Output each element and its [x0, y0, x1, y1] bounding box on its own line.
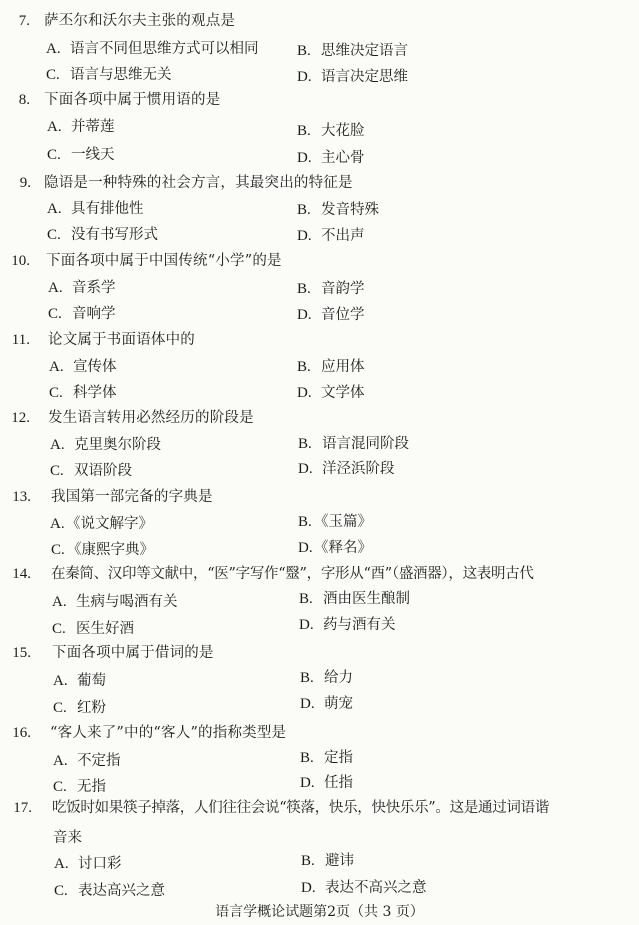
option-letter: A.	[50, 513, 66, 535]
option-text: 音韵学	[321, 278, 365, 300]
option-text: 克里奥尔阶段	[74, 434, 161, 456]
option-text: 《玉篇》	[314, 511, 372, 533]
option-c[interactable]: C.音响学	[48, 303, 116, 325]
option-a[interactable]: A.克里奥尔阶段	[50, 434, 161, 456]
option-a[interactable]: A.不定指	[53, 750, 121, 772]
option-text: 语言决定思维	[321, 66, 408, 88]
option-a[interactable]: A.生病与喝酒有关	[52, 591, 178, 613]
option-c[interactable]: C.科学体	[49, 382, 117, 404]
option-text: 生病与喝酒有关	[76, 591, 178, 613]
option-c[interactable]: C.无指	[53, 776, 106, 798]
option-letter: C.	[47, 224, 71, 246]
option-text: 《康熙字典》	[67, 539, 154, 561]
option-text: 无指	[77, 776, 106, 798]
option-d[interactable]: D.音位学	[297, 304, 365, 326]
option-text: 一线天	[71, 144, 115, 166]
option-text: 双语阶段	[74, 460, 132, 482]
option-c[interactable]: C.《康熙字典》	[51, 539, 154, 561]
option-letter: A.	[47, 198, 71, 220]
option-b[interactable]: B.酒由医生酿制	[299, 588, 410, 610]
question-number: 8.	[0, 89, 30, 111]
option-d[interactable]: D.表达不高兴之意	[301, 877, 427, 899]
option-letter: C.	[46, 64, 70, 86]
option-letter: A.	[49, 356, 73, 378]
question-text: 在秦简、汉印等文献中，“医”字写作“毉”，字形从“酉”（盛酒器），这表明古代	[51, 563, 534, 585]
option-c[interactable]: C.双语阶段	[50, 460, 132, 482]
option-text: 讨口彩	[78, 853, 122, 875]
option-text: 没有书写形式	[71, 224, 158, 246]
option-a[interactable]: A.葡萄	[53, 670, 106, 692]
question-number: 16.	[0, 722, 31, 744]
option-text: 音响学	[72, 303, 116, 325]
option-c[interactable]: C.没有书写形式	[47, 224, 158, 246]
option-d[interactable]: D.药与酒有关	[299, 614, 396, 636]
option-a[interactable]: A.《说文解字》	[50, 513, 153, 535]
option-d[interactable]: D.语言决定思维	[297, 66, 408, 88]
option-a[interactable]: A.讨口彩	[54, 853, 122, 875]
option-text: 避讳	[325, 850, 354, 872]
option-letter: C.	[47, 144, 71, 166]
option-text: 科学体	[73, 382, 117, 404]
option-b[interactable]: B.大花脸	[297, 120, 365, 142]
option-text: 语言混同阶段	[322, 433, 409, 455]
option-letter: A.	[48, 277, 72, 299]
option-text: 具有排他性	[71, 198, 144, 220]
option-text: 萌宠	[324, 693, 353, 715]
option-text: 定指	[324, 747, 353, 769]
option-letter: D.	[300, 693, 324, 715]
question-text: 下面各项中属于惯用语的是	[44, 89, 220, 111]
option-d[interactable]: D.洋泾浜阶段	[298, 458, 395, 480]
question-number: 12.	[0, 407, 30, 429]
option-letter: B.	[297, 120, 321, 142]
option-letter: A.	[50, 434, 74, 456]
question-text-continued: 音来	[53, 827, 82, 849]
option-b[interactable]: B.《玉篇》	[298, 511, 372, 533]
option-b[interactable]: B.定指	[300, 747, 353, 769]
option-text: 酒由医生酿制	[323, 588, 410, 610]
option-c[interactable]: C.一线天	[47, 144, 115, 166]
option-letter: B.	[297, 278, 321, 300]
option-d[interactable]: D.《释名》	[298, 537, 372, 559]
option-text: 表达不高兴之意	[325, 877, 427, 899]
option-letter: B.	[300, 747, 324, 769]
exam-page: 7. 萨丕尔和沃尔夫主张的观点是 A.语言不同但思维方式可以相同 B.思维决定语…	[0, 0, 639, 925]
option-text: 给力	[324, 667, 353, 689]
option-letter: B.	[301, 850, 325, 872]
option-b[interactable]: B.语言混同阶段	[298, 433, 409, 455]
option-d[interactable]: D.不出声	[297, 225, 365, 247]
option-letter: A.	[54, 853, 78, 875]
option-letter: A.	[53, 750, 77, 772]
question-number: 7.	[0, 10, 30, 32]
option-b[interactable]: B.思维决定语言	[297, 40, 408, 62]
option-a[interactable]: A.语言不同但思维方式可以相同	[46, 38, 259, 60]
option-b[interactable]: B.应用体	[297, 356, 365, 378]
option-letter: C.	[52, 618, 76, 640]
question-number: 11.	[0, 329, 30, 351]
option-letter: D.	[298, 458, 322, 480]
option-d[interactable]: D.文学体	[297, 382, 365, 404]
option-a[interactable]: A.宣传体	[49, 356, 117, 378]
option-a[interactable]: A.音系学	[48, 277, 116, 299]
option-letter: B.	[298, 511, 314, 533]
question-text: 发生语言转用必然经历的阶段是	[48, 407, 254, 429]
option-letter: C.	[51, 539, 67, 561]
option-text: 不出声	[321, 225, 365, 247]
option-text: 主心骨	[321, 147, 365, 169]
option-letter: D.	[297, 66, 321, 88]
option-letter: A.	[47, 116, 71, 138]
option-letter: C.	[53, 697, 77, 719]
option-letter: A.	[53, 670, 77, 692]
option-letter: D.	[297, 147, 321, 169]
option-c[interactable]: C.红粉	[53, 697, 106, 719]
option-text: 《释名》	[314, 537, 372, 559]
option-letter: D.	[298, 537, 314, 559]
option-letter: B.	[297, 356, 321, 378]
question-number: 9.	[0, 172, 31, 194]
option-a[interactable]: A.并蒂莲	[47, 116, 115, 138]
option-text: 宣传体	[73, 356, 117, 378]
option-letter: D.	[297, 225, 321, 247]
question-text: “客人来了”中的“客人”的指称类型是	[50, 722, 286, 744]
option-text: 洋泾浜阶段	[322, 458, 395, 480]
question-number: 10.	[0, 250, 30, 272]
option-letter: B.	[297, 199, 321, 221]
option-text: 语言与思维无关	[70, 64, 172, 86]
question-text: 吃饭时如果筷子掉落，人们往往会说“筷落，快乐，快快乐乐”。这是通过词语谐	[52, 797, 549, 819]
option-text: 大花脸	[321, 120, 365, 142]
option-d[interactable]: D.主心骨	[297, 147, 365, 169]
question-number: 17.	[0, 797, 32, 819]
question-text: 我国第一部完备的字典是	[51, 486, 213, 508]
option-d[interactable]: D.任指	[300, 772, 353, 794]
question-number: 13.	[0, 486, 31, 508]
option-c[interactable]: C.语言与思维无关	[46, 64, 172, 86]
option-letter: C.	[54, 880, 78, 902]
question-text: 萨丕尔和沃尔夫主张的观点是	[44, 10, 235, 32]
question-text: 下面各项中属于中国传统“小学”的是	[46, 250, 282, 272]
option-text: 音系学	[72, 277, 116, 299]
option-text: 文学体	[321, 382, 365, 404]
question-text: 论文属于书面语体中的	[48, 329, 195, 351]
option-text: 医生好酒	[76, 618, 134, 640]
option-text: 葡萄	[77, 670, 106, 692]
question-text: 隐语是一种特殊的社会方言，其最突出的特征是	[44, 172, 353, 194]
option-c[interactable]: C.医生好酒	[52, 618, 134, 640]
question-number: 15.	[0, 642, 31, 664]
option-letter: C.	[48, 303, 72, 325]
option-letter: B.	[299, 588, 323, 610]
option-letter: D.	[299, 614, 323, 636]
option-letter: C.	[49, 382, 73, 404]
option-letter: D.	[301, 877, 325, 899]
option-text: 思维决定语言	[321, 40, 408, 62]
option-letter: D.	[297, 304, 321, 326]
option-letter: C.	[53, 776, 77, 798]
option-text: 不定指	[77, 750, 121, 772]
option-d[interactable]: D.萌宠	[300, 693, 353, 715]
option-text: 表达高兴之意	[78, 880, 165, 902]
option-b[interactable]: B.给力	[300, 667, 353, 689]
option-letter: D.	[300, 772, 324, 794]
option-text: 任指	[324, 772, 353, 794]
option-b[interactable]: B.避讳	[301, 850, 354, 872]
option-text: 音位学	[321, 304, 365, 326]
option-text: 应用体	[321, 356, 365, 378]
option-text: 红粉	[77, 697, 106, 719]
question-text: 下面各项中属于借词的是	[52, 642, 214, 664]
option-letter: B.	[300, 667, 324, 689]
option-text: 《说文解字》	[66, 513, 153, 535]
option-text: 发音特殊	[321, 199, 379, 221]
option-text: 并蒂莲	[71, 116, 115, 138]
option-b[interactable]: B.音韵学	[297, 278, 365, 300]
option-letter: B.	[297, 40, 321, 62]
option-letter: A.	[46, 38, 70, 60]
option-letter: D.	[297, 382, 321, 404]
option-text: 药与酒有关	[323, 614, 396, 636]
option-b[interactable]: B.发音特殊	[297, 199, 379, 221]
option-letter: A.	[52, 591, 76, 613]
option-text: 语言不同但思维方式可以相同	[70, 38, 259, 60]
question-number: 14.	[0, 563, 31, 585]
option-c[interactable]: C.表达高兴之意	[54, 880, 165, 902]
option-letter: B.	[298, 433, 322, 455]
option-a[interactable]: A.具有排他性	[47, 198, 144, 220]
option-letter: C.	[50, 460, 74, 482]
page-footer: 语言学概论试题第2页（共 3 页）	[0, 902, 639, 922]
